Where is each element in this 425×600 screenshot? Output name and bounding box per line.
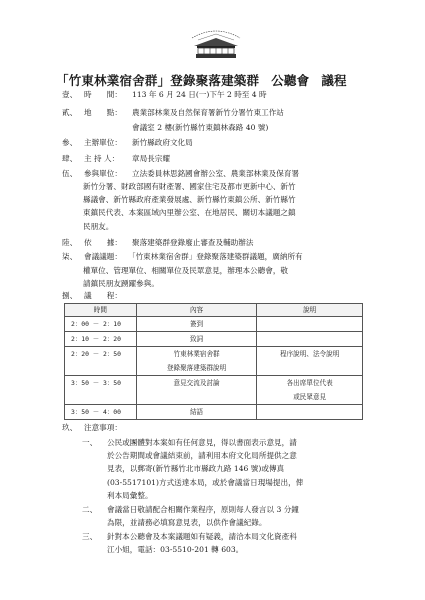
text-line: 為限，並請務必填寫意見表，以供作會議紀錄。 xyxy=(107,516,299,529)
table-row: 3：50 － 4：00 結語 xyxy=(65,405,363,420)
document-page: 「竹東林業宿舍群」登錄聚落建築群公聽會議程 壹、 時 間： 113 年 6 月 … xyxy=(0,0,425,600)
section-value: 農業部林業及自然保育署新竹分署竹東工作站 xyxy=(132,108,284,118)
cell-note: 程序說明、法令說明 xyxy=(257,347,363,376)
text-line: 江小姐，電話：03-5510-201 轉 603。 xyxy=(107,543,297,556)
section-number: 玖、 xyxy=(62,423,77,433)
text-line: 東鎮民代表、本案區域內里辦公室、在地居民、關切本議題之鎮 xyxy=(83,206,296,219)
section-number: 陸、 xyxy=(62,238,77,248)
text-line: 利本局彙整。 xyxy=(107,489,303,502)
title-hearing: 公聽會 xyxy=(271,73,309,88)
text-line: 見表，以郵寄(新竹縣竹北市縣政九路 146 號)或傳真 xyxy=(107,462,303,475)
cell-note: 各出席單位代表 或民眾意見 xyxy=(257,376,363,405)
cell-content: 致詞 xyxy=(136,332,257,347)
section-label: 參與單位： xyxy=(84,169,122,179)
cell-time: 3：50 － 4：00 xyxy=(65,405,137,420)
cell-time: 3：50 － 3：50 xyxy=(65,376,137,405)
column-header-time: 時間 xyxy=(65,304,137,317)
participants-continued: 新竹分署、財政部國有財產署、國家住宅及都市更新中心、新竹 縣議會、新竹縣政府產業… xyxy=(83,180,296,233)
section-label: 依 據： xyxy=(84,238,122,248)
text-line: 公民或團體對本案如有任何意見，得以書面表示意見，請 xyxy=(107,436,303,449)
section-value: 「竹東林業宿舍群」登錄聚落建築群議題，廣納所有 xyxy=(128,252,303,262)
topic-continued: 權單位、管理單位、相關單位及民眾意見，辦理本公聽會，敬 請鎮民朋友踴躍參與。 xyxy=(83,264,288,290)
agenda-table: 時間 內容 說明 2：00 － 2：10 簽到 2：10 － 2：20 致詞 2… xyxy=(64,303,363,420)
cell-content-line1: 竹東林業宿舍群 xyxy=(137,347,257,361)
section-label: 主辦單位： xyxy=(84,138,122,148)
cell-content: 簽到 xyxy=(136,317,257,332)
section-value: 立法委員林思銘國會辦公室、農業部林業及保育署 xyxy=(132,169,299,179)
cell-note xyxy=(257,405,363,420)
section-number: 柒、 xyxy=(62,252,77,262)
table-row: 2：10 － 2：20 致詞 xyxy=(65,332,363,347)
note-number: 三、 xyxy=(82,530,97,543)
text-line: 請鎮民朋友踴躍參與。 xyxy=(83,277,288,290)
section-number: 貳、 xyxy=(62,108,77,118)
text-line: (03-5517101)方式送達本局，或於會議當日現場提出，俾 xyxy=(107,476,303,489)
page-title: 「竹東林業宿舍群」登錄聚落建築群公聽會議程 xyxy=(56,71,396,89)
column-header-note: 說明 xyxy=(257,304,363,317)
title-agenda: 議程 xyxy=(321,73,346,88)
cell-time: 2：20 － 2：50 xyxy=(65,347,137,376)
section-label: 地 點： xyxy=(84,108,122,118)
cell-content: 意見交流及討論 xyxy=(136,376,257,405)
section-value: 聚落建築群登錄廢止審查及輔助辦法 xyxy=(132,238,254,248)
text-line: 新竹分署、財政部國有財產署、國家住宅及都市更新中心、新竹 xyxy=(83,180,296,193)
section-value: 113 年 6 月 24 日(一)下午 2 時至 4 時 xyxy=(132,90,267,100)
cell-content-line2: 登錄聚落建築群說明 xyxy=(137,361,257,375)
section-value: 新竹縣政府文化局 xyxy=(132,138,193,148)
text-line: 權單位、管理單位、相關單位及民眾意見，辦理本公聽會，敬 xyxy=(83,264,288,277)
cell-note-line1: 各出席單位代表 xyxy=(257,376,362,390)
text-line: 針對本公聽會及本案議題如有疑義，請洽本局文化資產科 xyxy=(107,530,297,543)
cell-note-line2: 或民眾意見 xyxy=(257,390,362,404)
building-logo-icon xyxy=(188,26,244,60)
section-number: 肆、 xyxy=(62,154,77,164)
note-number: 一、 xyxy=(82,436,97,449)
section-value: 章局長宗耀 xyxy=(132,154,170,164)
text-line: 於公告期間或會議結束前，請利用本府文化局所提供之意 xyxy=(107,449,303,462)
text-line: 縣議會、新竹縣政府產業發展處、新竹縣竹東鎮公所、新竹縣竹 xyxy=(83,193,296,206)
section-label: 議 程： xyxy=(84,291,122,301)
cell-time: 2：00 － 2：10 xyxy=(65,317,137,332)
section-label: 主 持 人： xyxy=(84,154,119,164)
cell-note xyxy=(257,317,363,332)
cell-content: 結語 xyxy=(136,405,257,420)
table-row: 2：20 － 2：50 竹東林業宿舍群 登錄聚落建築群說明 程序說明、法令說明 xyxy=(65,347,363,376)
cell-time: 2：10 － 2：20 xyxy=(65,332,137,347)
section-label: 注意事項： xyxy=(84,423,122,433)
section-label: 時 間： xyxy=(84,90,122,100)
column-header-content: 內容 xyxy=(136,304,257,317)
text-line: 民朋友。 xyxy=(83,220,296,233)
table-header-row: 時間 內容 說明 xyxy=(65,304,363,317)
section-number: 參、 xyxy=(62,138,77,148)
section-number: 捌、 xyxy=(62,291,77,301)
section-number: 伍、 xyxy=(62,169,77,179)
note-number: 二、 xyxy=(82,503,97,516)
cell-content: 竹東林業宿舍群 登錄聚落建築群說明 xyxy=(136,347,257,376)
section-label: 會議議題： xyxy=(84,252,122,262)
cell-note xyxy=(257,332,363,347)
table-row: 3：50 － 3：50 意見交流及討論 各出席單位代表 或民眾意見 xyxy=(65,376,363,405)
section-number: 壹、 xyxy=(62,90,77,100)
section-value-line2: 會議室 2 樓(新竹縣竹東鎮林森路 40 號) xyxy=(132,123,268,133)
text-line: 會議當日敬請配合相關作業程序，原則每人發言以 3 分鐘 xyxy=(107,503,299,516)
title-main: 「竹東林業宿舍群」登錄聚落建築群 xyxy=(56,73,259,88)
table-row: 2：00 － 2：10 簽到 xyxy=(65,317,363,332)
